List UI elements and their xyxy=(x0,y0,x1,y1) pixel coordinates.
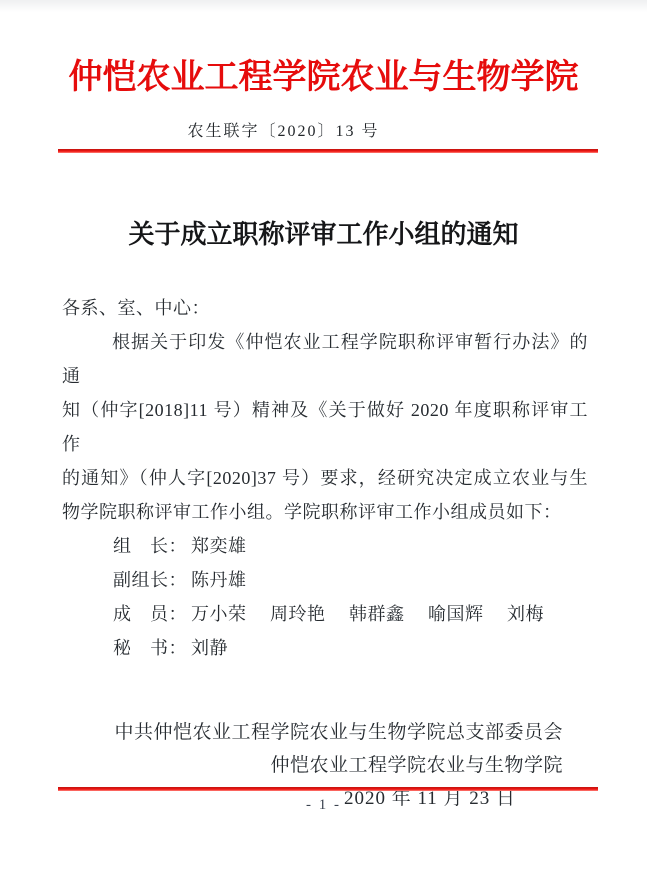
doc-title: 关于成立职称评审工作小组的通知 xyxy=(0,216,647,252)
salutation: 各系、室、中心： xyxy=(62,291,588,325)
red-divider-bottom xyxy=(58,787,598,791)
member-row-leader: 组 长：郑奕雄 xyxy=(62,529,588,563)
red-divider-top xyxy=(58,149,598,153)
member-role: 成 员： xyxy=(113,604,187,624)
member-role: 秘 书： xyxy=(113,638,187,658)
member-row-members: 成 员：万小荣 周玲艳 韩群鑫 喻国辉 刘梅 xyxy=(62,597,588,631)
document-body: 各系、室、中心： 根据关于印发《仲恺农业工程学院职称评审暂行办法》的通 知（仲字… xyxy=(62,291,588,665)
member-names: 万小荣 周玲艳 韩群鑫 喻国辉 刘梅 xyxy=(191,604,544,624)
org-title: 仲恺农业工程学院农业与生物学院 xyxy=(0,0,647,100)
page-number: - 1 - xyxy=(0,797,647,814)
document-letterhead: 仲恺农业工程学院农业与生物学院 农生联字〔2020〕13 号 xyxy=(0,0,647,153)
document-page: 仲恺农业工程学院农业与生物学院 农生联字〔2020〕13 号 关于成立职称评审工… xyxy=(0,0,647,870)
signature-line: 中共仲恺农业工程学院农业与生物学院总支部委员会 xyxy=(0,716,563,749)
member-row-deputy-leader: 副组长：陈丹雄 xyxy=(62,563,588,597)
member-role: 组 长： xyxy=(113,536,187,556)
member-row-secretary: 秘 书：刘静 xyxy=(62,631,588,665)
paragraph-line: 的通知》（仲人字[2020]37 号）要求，经研究决定成立农业与生 xyxy=(62,461,588,495)
signature-line: 仲恺农业工程学院农业与生物学院 xyxy=(0,749,563,782)
member-names: 刘静 xyxy=(191,638,228,658)
paragraph-line: 根据关于印发《仲恺农业工程学院职称评审暂行办法》的通 xyxy=(62,325,588,393)
member-names: 陈丹雄 xyxy=(191,570,247,590)
member-role: 副组长： xyxy=(113,570,187,590)
paragraph-line: 知（仲字[2018]11 号）精神及《关于做好 2020 年度职称评审工作 xyxy=(62,393,588,461)
member-names: 郑奕雄 xyxy=(191,536,247,556)
doc-number: 农生联字〔2020〕13 号 xyxy=(0,121,607,142)
paragraph-line: 物学院职称评审工作小组。学院职称评审工作小组成员如下： xyxy=(62,495,588,529)
